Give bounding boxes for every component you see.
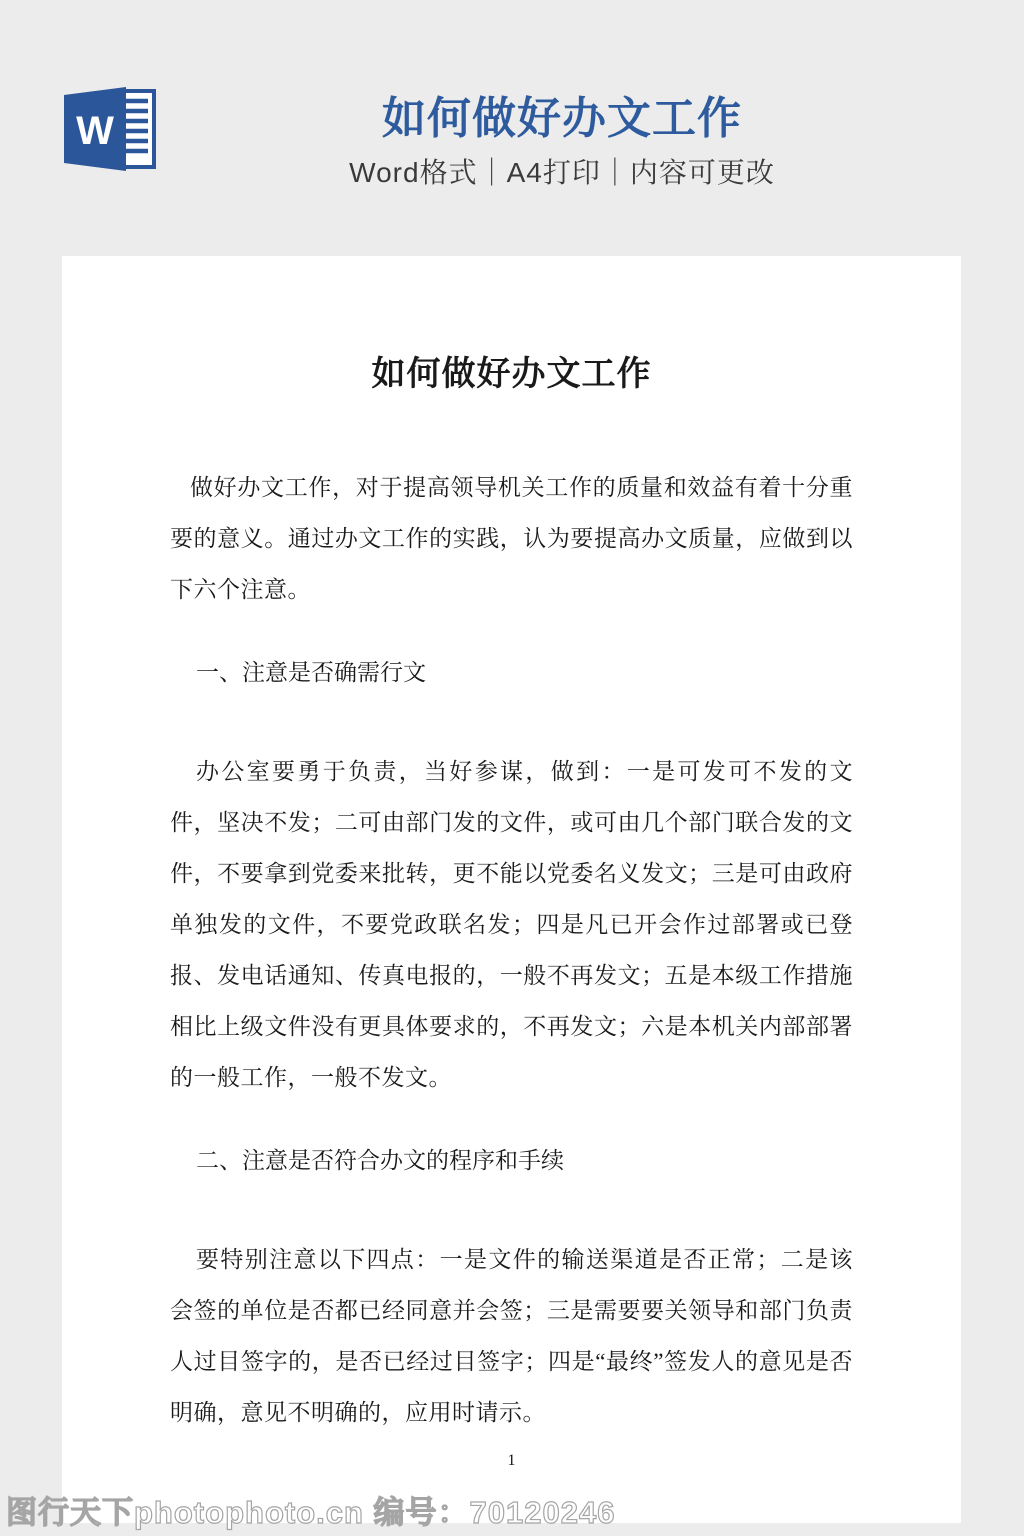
word-icon: W <box>64 86 156 172</box>
header-text-block: 如何做好办文工作 Word格式｜A4打印｜内容可更改 <box>349 94 775 190</box>
section-heading-1: 一、注意是否确需行文 <box>170 647 853 698</box>
document-body: 如何做好办文工作 做好办文工作，对于提高领导机关工作的质量和效益有着十分重要的意… <box>62 256 961 1470</box>
template-header: W 如何做好办文工作 Word格式｜A4打印｜内容可更改 <box>0 0 1024 256</box>
svg-text:W: W <box>76 109 114 153</box>
paragraph-section-2: 要特别注意以下四点：一是文件的输送渠道是否正常；二是该会签的单位是否都已经同意并… <box>170 1234 853 1438</box>
paragraph-intro: 做好办文工作，对于提高领导机关工作的质量和效益有着十分重要的意义。通过办文工作的… <box>170 462 853 615</box>
page-number: 1 <box>170 1452 853 1470</box>
section-heading-2: 二、注意是否符合办文的程序和手续 <box>170 1135 853 1186</box>
document-page: 如何做好办文工作 做好办文工作，对于提高领导机关工作的质量和效益有着十分重要的意… <box>62 256 961 1523</box>
document-title: 如何做好办文工作 <box>170 350 853 400</box>
paragraph-section-1: 办公室要勇于负责，当好参谋，做到：一是可发可不发的文件，坚决不发；二可由部门发的… <box>170 746 853 1103</box>
site-watermark: 图行天下photophoto.cn 编号：70120246 <box>6 1487 615 1532</box>
template-subtitle: Word格式｜A4打印｜内容可更改 <box>349 156 775 190</box>
template-title: 如何做好办文工作 <box>349 94 775 144</box>
